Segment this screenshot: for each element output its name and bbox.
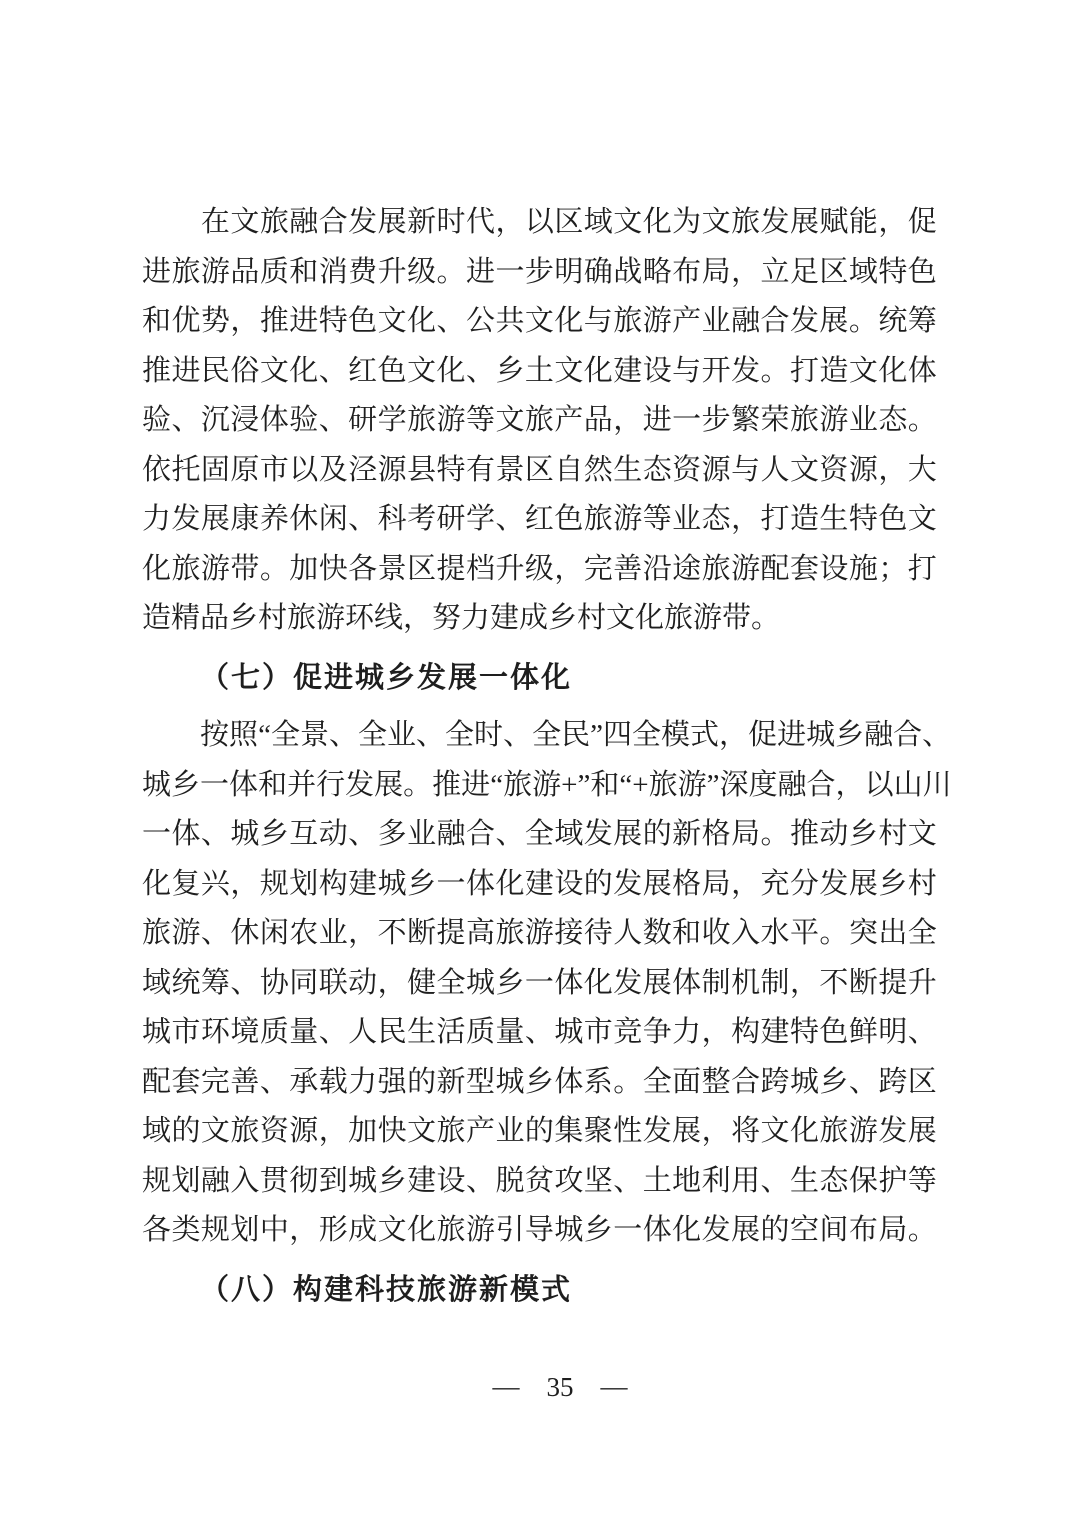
page-number: 35 xyxy=(547,1372,574,1403)
paragraph-line: 验、沉浸体验、研学旅游等文旅产品，进一步繁荣旅游业态。 xyxy=(142,396,937,446)
paragraph-line: 一体、城乡互动、多业融合、全域发展的新格局。推动乡村文 xyxy=(142,810,937,860)
paragraph-line: 进旅游品质和消费升级。进一步明确战略布局，立足区域特色 xyxy=(142,248,937,298)
footer-dash-left: — xyxy=(493,1371,520,1402)
page-footer: — 35 — xyxy=(25,1372,1070,1403)
paragraph-line: 城市环境质量、人民生活质量、城市竞争力，构建特色鲜明、 xyxy=(142,1008,937,1058)
section-heading-7: （七）促进城乡发展一体化 xyxy=(142,654,937,704)
paragraph-line: 城乡一体和并行发展。推进“旅游+”和“+旅游”深度融合，以山川 xyxy=(142,761,937,811)
paragraph-line: 规划融入贯彻到城乡建设、脱贫攻坚、土地利用、生态保护等 xyxy=(142,1157,937,1207)
paragraph-line: 依托固原市以及泾源县特有景区自然生态资源与人文资源，大 xyxy=(142,446,937,496)
paragraph-line: 和优势，推进特色文化、公共文化与旅游产业融合发展。统筹 xyxy=(142,297,937,347)
paragraph-line: 化旅游带。加快各景区提档升级，完善沿途旅游配套设施；打 xyxy=(142,545,937,595)
paragraph-line: 造精品乡村旅游环线，努力建成乡村文化旅游带。 xyxy=(142,594,937,644)
footer-dash-right: — xyxy=(601,1371,628,1402)
document-page: 在文旅融合发展新时代，以区域文化为文旅发展赋能，促 进旅游品质和消费升级。进一步… xyxy=(0,0,1070,1515)
paragraph-line: 配套完善、承载力强的新型城乡体系。全面整合跨城乡、跨区 xyxy=(142,1058,937,1108)
section-heading-8: （八）构建科技旅游新模式 xyxy=(142,1266,937,1316)
paragraph-line: 域统筹、协同联动，健全城乡一体化发展体制机制，不断提升 xyxy=(142,959,937,1009)
paragraph-line: 域的文旅资源，加快文旅产业的集聚性发展，将文化旅游发展 xyxy=(142,1107,937,1157)
paragraph-line: 在文旅融合发展新时代，以区域文化为文旅发展赋能，促 xyxy=(142,198,937,248)
paragraph-line: 化复兴，规划构建城乡一体化建设的发展格局，充分发展乡村 xyxy=(142,860,937,910)
paragraph-line: 力发展康养休闲、科考研学、红色旅游等业态，打造生特色文 xyxy=(142,495,937,545)
paragraph-line: 旅游、休闲农业，不断提高旅游接待人数和收入水平。突出全 xyxy=(142,909,937,959)
document-body: 在文旅融合发展新时代，以区域文化为文旅发展赋能，促 进旅游品质和消费升级。进一步… xyxy=(142,198,937,1323)
paragraph-line: 按照“全景、全业、全时、全民”四全模式，促进城乡融合、 xyxy=(142,711,937,761)
paragraph-line: 推进民俗文化、红色文化、乡土文化建设与开发。打造文化体 xyxy=(142,347,937,397)
paragraph-line: 各类规划中，形成文化旅游引导城乡一体化发展的空间布局。 xyxy=(142,1206,937,1256)
